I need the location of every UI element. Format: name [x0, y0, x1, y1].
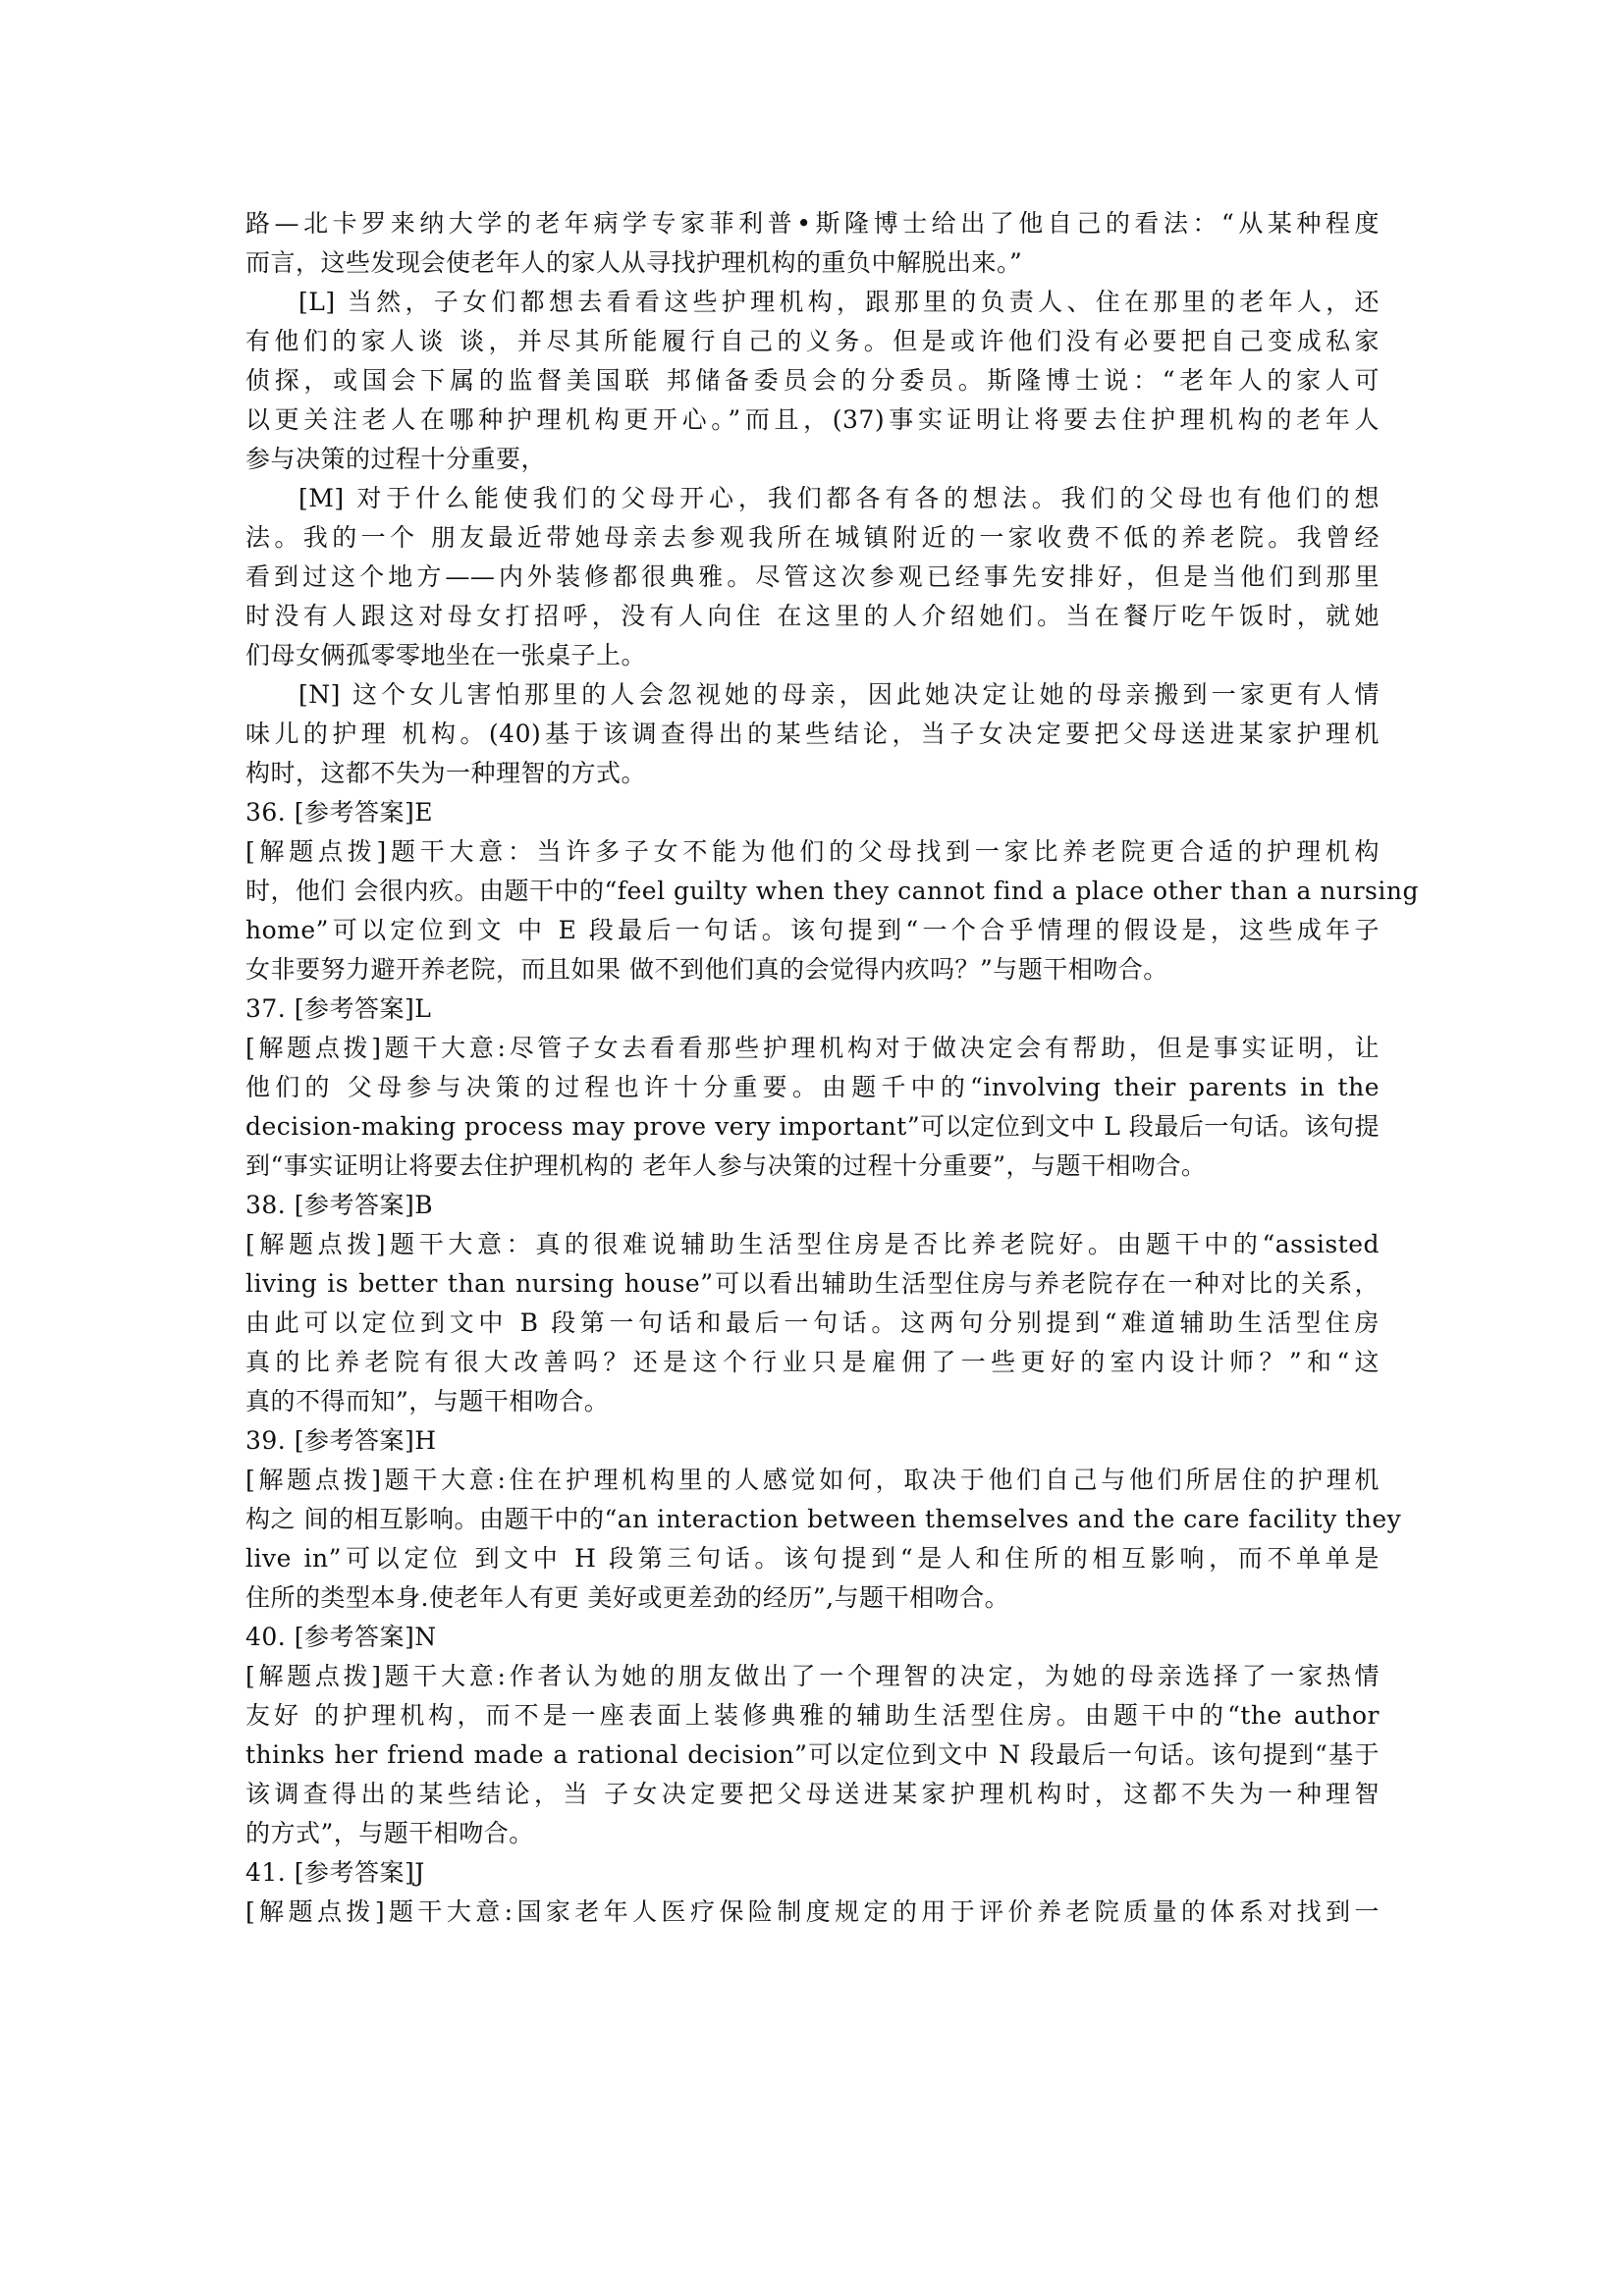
text-line: 40. [参考答案]N — [245, 1618, 1380, 1657]
text-line: 时，他们 会很内疚。由题干中的“feel guilty when they ca… — [245, 872, 1380, 911]
explanation-paragraph-41: [解题点拨]题干大意:国家老年人医疗保险制度规定的用于评价养老院质量的体系对找到… — [245, 1893, 1380, 1932]
text-line: 的方式”，与题干相吻合。 — [245, 1814, 1380, 1853]
passage-paragraph-m: [M] 对于什么能使我们的父母开心，我们都各有各的想法。我们的父母也有他们的想法… — [245, 479, 1380, 675]
explanation-paragraph-38: [解题点拨]题干大意：真的很难说辅助生活型住房是否比养老院好。由题干中的“ass… — [245, 1225, 1380, 1421]
text-line: [L] 当然，子女们都想去看看这些护理机构，跟那里的负责人、住在那里的老年人，还 — [245, 283, 1380, 322]
text-line: 38. [参考答案]B — [245, 1186, 1380, 1225]
text-line: decision-making process may prove very i… — [245, 1107, 1380, 1147]
text-line: [解题点拨]题干大意:住在护理机构里的人感觉如何，取决于他们自己与他们所居住的护… — [245, 1461, 1380, 1500]
text-line: 39. [参考答案]H — [245, 1421, 1380, 1461]
explanation-paragraph-36: [解题点拨]题干大意：当许多子女不能为他们的父母找到一家比养老院更合适的护理机构… — [245, 832, 1380, 989]
text-line: home”可以定位到文 中 E 段最后一句话。该句提到“一个合乎情理的假设是，这… — [245, 911, 1380, 950]
text-line: 法。我的一个 朋友最近带她母亲去参观我所在城镇附近的一家收费不低的养老院。我曾经 — [245, 518, 1380, 558]
text-line: 36. [参考答案]E — [245, 793, 1380, 832]
text-line: 真的不得而知”，与题干相吻合。 — [245, 1382, 1380, 1421]
text-line: live in”可以定位 到文中 H 段第三句话。该句提到“是人和住所的相互影响… — [245, 1539, 1380, 1578]
text-line: thinks her friend made a rational decisi… — [245, 1735, 1380, 1775]
answer-heading-36: 36. [参考答案]E — [245, 793, 1380, 832]
text-line: 路—北卡罗来纳大学的老年病学专家菲利普•斯隆博士给出了他自己的看法：“从某种程度 — [245, 204, 1380, 243]
text-line: 女非要努力避开养老院，而且如果 做不到他们真的会觉得内疚吗？”与题干相吻合。 — [245, 950, 1380, 989]
explanation-paragraph-40: [解题点拨]题干大意:作者认为她的朋友做出了一个理智的决定，为她的母亲选择了一家… — [245, 1657, 1380, 1853]
text-line: 友好 的护理机构，而不是一座表面上装修典雅的辅助生活型住房。由题干中的“the … — [245, 1696, 1380, 1735]
text-line: 以更关注老人在哪种护理机构更开心。”而且，(37)事实证明让将要去住护理机构的老… — [245, 400, 1380, 440]
answer-heading-40: 40. [参考答案]N — [245, 1618, 1380, 1657]
text-line: 侦探，或国会下属的监督美国联 邦储备委员会的分委员。斯隆博士说：“老年人的家人可 — [245, 361, 1380, 400]
text-line: 住所的类型本身.使老年人有更 美好或更差劲的经历”,与题干相吻合。 — [245, 1578, 1380, 1618]
text-line: 41. [参考答案]J — [245, 1853, 1380, 1893]
text-line: 而言，这些发现会使老年人的家人从寻找护理机构的重负中解脱出来。” — [245, 243, 1380, 283]
text-line: 们母女俩孤零零地坐在一张桌子上。 — [245, 636, 1380, 675]
text-line: [N] 这个女儿害怕那里的人会忽视她的母亲，因此她决定让她的母亲搬到一家更有人情 — [245, 675, 1380, 715]
text-line: [解题点拨]题干大意：真的很难说辅助生活型住房是否比养老院好。由题干中的“ass… — [245, 1225, 1380, 1264]
text-line: 看到过这个地方——内外装修都很典雅。尽管这次参观已经事先安排好，但是当他们到那里 — [245, 558, 1380, 597]
text-line: 味儿的护理 机构。(40)基于该调查得出的某些结论，当子女决定要把父母送进某家护… — [245, 715, 1380, 754]
answer-heading-41: 41. [参考答案]J — [245, 1853, 1380, 1893]
document-page: 路—北卡罗来纳大学的老年病学专家菲利普•斯隆博士给出了他自己的看法：“从某种程度… — [245, 204, 1380, 1932]
text-line: 有他们的家人谈 谈，并尽其所能履行自己的义务。但是或许他们没有必要把自己变成私家 — [245, 322, 1380, 361]
text-line: 构之 间的相互影响。由题干中的“an interaction between t… — [245, 1500, 1380, 1539]
text-line: [解题点拨]题干大意：当许多子女不能为他们的父母找到一家比养老院更合适的护理机构 — [245, 832, 1380, 872]
text-line: 参与决策的过程十分重要， — [245, 440, 1380, 479]
explanation-paragraph-39: [解题点拨]题干大意:住在护理机构里的人感觉如何，取决于他们自己与他们所居住的护… — [245, 1461, 1380, 1618]
text-line: 到“事实证明让将要去住护理机构的 老年人参与决策的过程十分重要”，与题干相吻合。 — [245, 1147, 1380, 1186]
text-line: 由此可以定位到文中 B 段第一句话和最后一句话。这两句分别提到“难道辅助生活型住… — [245, 1304, 1380, 1343]
text-line: 真的比养老院有很大改善吗？还是这个行业只是雇佣了一些更好的室内设计师？”和“这 — [245, 1343, 1380, 1382]
answer-heading-39: 39. [参考答案]H — [245, 1421, 1380, 1461]
passage-paragraph-n: [N] 这个女儿害怕那里的人会忽视她的母亲，因此她决定让她的母亲搬到一家更有人情… — [245, 675, 1380, 793]
passage-paragraph-k-cont: 路—北卡罗来纳大学的老年病学专家菲利普•斯隆博士给出了他自己的看法：“从某种程度… — [245, 204, 1380, 283]
text-line: [解题点拨]题干大意:国家老年人医疗保险制度规定的用于评价养老院质量的体系对找到… — [245, 1893, 1380, 1932]
explanation-paragraph-37: [解题点拨]题干大意:尽管子女去看看那些护理机构对于做决定会有帮助，但是事实证明… — [245, 1029, 1380, 1186]
text-line: 时没有人跟这对母女打招呼，没有人向住 在这里的人介绍她们。当在餐厅吃午饭时，就她 — [245, 597, 1380, 636]
text-line: [解题点拨]题干大意:尽管子女去看看那些护理机构对于做决定会有帮助，但是事实证明… — [245, 1029, 1380, 1068]
passage-paragraph-l: [L] 当然，子女们都想去看看这些护理机构，跟那里的负责人、住在那里的老年人，还… — [245, 283, 1380, 479]
answer-heading-37: 37. [参考答案]L — [245, 989, 1380, 1029]
text-line: [解题点拨]题干大意:作者认为她的朋友做出了一个理智的决定，为她的母亲选择了一家… — [245, 1657, 1380, 1696]
text-line: 该调查得出的某些结论，当 子女决定要把父母送进某家护理机构时，这都不失为一种理智 — [245, 1775, 1380, 1814]
text-line: 他们的 父母参与决策的过程也许十分重要。由题千中的“involving thei… — [245, 1068, 1380, 1107]
text-line: [M] 对于什么能使我们的父母开心，我们都各有各的想法。我们的父母也有他们的想 — [245, 479, 1380, 518]
answer-heading-38: 38. [参考答案]B — [245, 1186, 1380, 1225]
text-line: 37. [参考答案]L — [245, 989, 1380, 1029]
text-line: living is better than nursing house”可以看出… — [245, 1264, 1380, 1304]
text-line: 构时，这都不失为一种理智的方式。 — [245, 754, 1380, 793]
